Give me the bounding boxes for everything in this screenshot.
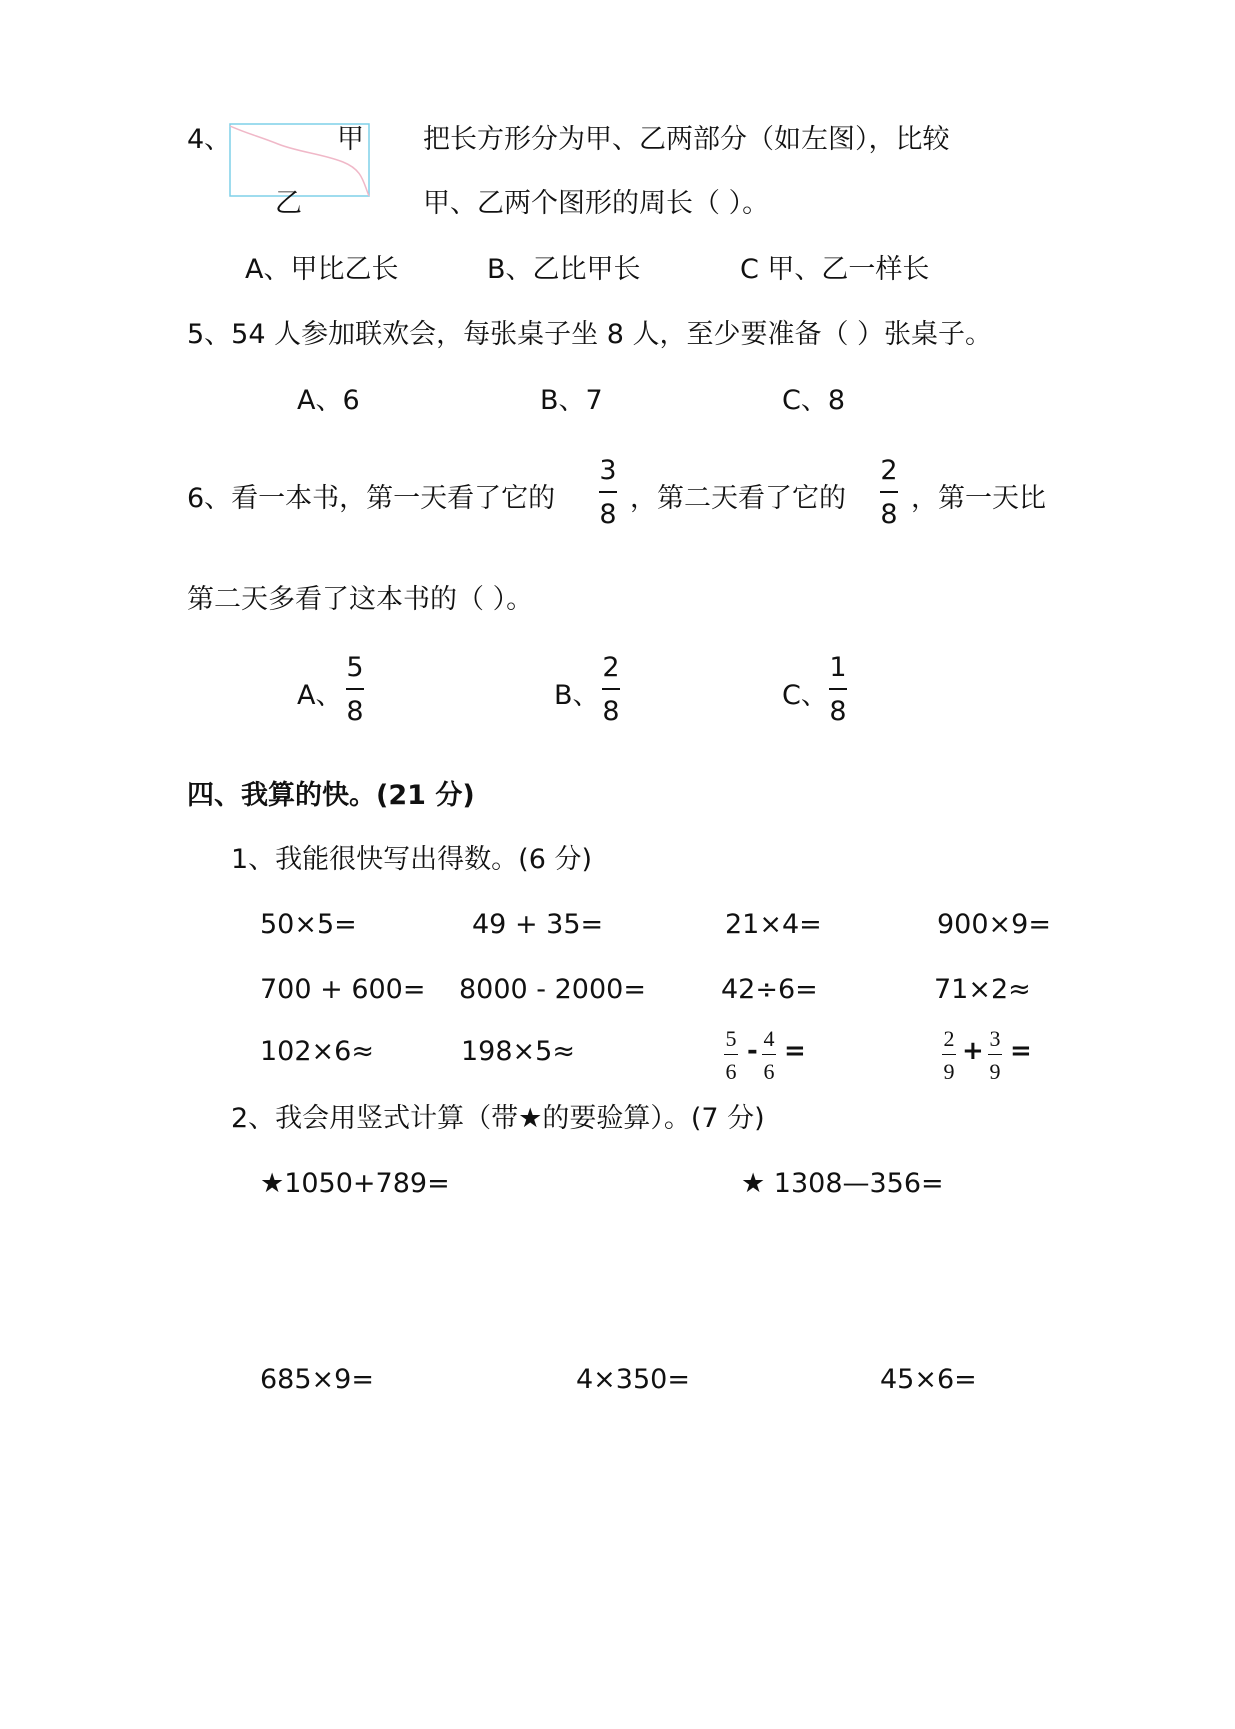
q6-option-b-fraction: 2 8 <box>602 653 620 727</box>
denominator: 9 <box>990 1060 1001 1084</box>
denominator: 6 <box>726 1060 737 1084</box>
calc-102x6: 102×6≈ <box>260 1035 374 1069</box>
q5-option-a: A、6 <box>297 384 360 418</box>
vertical-calc-45x6: 45×6= <box>880 1363 977 1397</box>
q4-text-line1: 把长方形分为甲、乙两部分（如左图），比较 <box>423 123 950 157</box>
figure-label-yi: 乙 <box>275 187 302 221</box>
numerator: 2 <box>602 653 619 683</box>
frac-4-6: 4 6 <box>762 1027 776 1084</box>
calc-50x5: 50×5= <box>260 908 357 942</box>
calc-42div6: 42÷6= <box>721 973 818 1007</box>
fraction-bar <box>346 688 364 690</box>
fraction-bar <box>829 688 847 690</box>
section4-title: 四、我算的快。(21 分) <box>187 779 475 813</box>
calc-21x4: 21×4= <box>725 908 822 942</box>
frac-5-6: 5 6 <box>724 1027 738 1084</box>
q6-text-part3: ，第一天比 <box>911 482 1046 516</box>
numerator: 5 <box>346 653 363 683</box>
numerator: 3 <box>599 456 616 486</box>
fraction-bar <box>602 688 620 690</box>
q5-option-c: C、8 <box>782 384 845 418</box>
fraction-bar <box>762 1054 776 1055</box>
q5-text: 5、54 人参加联欢会，每张桌子坐 8 人，至少要准备（ ）张桌子。 <box>187 318 992 352</box>
q6-option-c-label: C、 <box>782 679 828 713</box>
q6-option-a-label: A、 <box>297 679 342 713</box>
vertical-calc-1050+789: ★1050+789= <box>260 1167 450 1201</box>
numerator: 2 <box>944 1027 955 1051</box>
calc-49+35: 49 + 35= <box>472 908 603 942</box>
calc-900x9: 900×9= <box>937 908 1051 942</box>
numerator: 2 <box>880 456 897 486</box>
q4-option-a: A、甲比乙长 <box>245 253 398 287</box>
fraction-bar <box>942 1054 956 1055</box>
q6-fraction-2-8: 2 8 <box>880 456 898 530</box>
fraction-bar <box>724 1054 738 1055</box>
q4-option-b: B、乙比甲长 <box>487 253 641 287</box>
q6-text-part1: 6、看一本书，第一天看了它的 <box>187 482 555 516</box>
denominator: 6 <box>764 1060 775 1084</box>
calc-71x2: 71×2≈ <box>934 973 1031 1007</box>
numerator: 5 <box>726 1027 737 1051</box>
denominator: 8 <box>880 500 897 530</box>
vertical-calc-685x9: 685×9= <box>260 1363 374 1397</box>
vertical-calc-1308-356: ★ 1308—356= <box>741 1167 944 1201</box>
q6-fraction-3-8: 3 8 <box>599 456 617 530</box>
q5-option-b: B、7 <box>540 384 603 418</box>
numerator: 4 <box>764 1027 775 1051</box>
fraction-bar <box>880 491 898 493</box>
equals-sign: = <box>784 1036 806 1066</box>
q6-text-line2: 第二天多看了这本书的（ ）。 <box>187 583 533 617</box>
frac-2-9: 2 9 <box>942 1027 956 1084</box>
calc-700+600: 700 + 600= <box>260 973 425 1007</box>
q4-number: 4、 <box>187 123 231 157</box>
numerator: 3 <box>990 1027 1001 1051</box>
q6-option-b-label: B、 <box>554 679 600 713</box>
denominator: 8 <box>599 500 616 530</box>
frac-3-9: 3 9 <box>988 1027 1002 1084</box>
plus-sign: + <box>962 1036 984 1066</box>
denominator: 8 <box>602 697 619 727</box>
denominator: 9 <box>944 1060 955 1084</box>
q4-option-c: C 甲、乙一样长 <box>740 253 929 287</box>
calc-198x5: 198×5≈ <box>461 1035 575 1069</box>
calc-8000-2000: 8000 - 2000= <box>459 973 646 1007</box>
q4-text-line2: 甲、乙两个图形的周长（ ）。 <box>423 187 769 221</box>
fraction-bar <box>988 1054 1002 1055</box>
figure-label-jia: 甲 <box>337 123 364 157</box>
numerator: 1 <box>829 653 846 683</box>
q6-option-a-fraction: 5 8 <box>346 653 364 727</box>
section4-part1-title: 1、我能很快写出得数。(6 分) <box>231 843 592 877</box>
section4-part2-title: 2、我会用竖式计算（带★的要验算）。(7 分) <box>231 1102 765 1136</box>
denominator: 8 <box>829 697 846 727</box>
fraction-bar <box>599 491 617 493</box>
q6-text-part2: ，第二天看了它的 <box>630 482 846 516</box>
vertical-calc-4x350: 4×350= <box>576 1363 690 1397</box>
minus-sign: - <box>747 1036 758 1066</box>
equals-sign: = <box>1010 1036 1032 1066</box>
denominator: 8 <box>346 697 363 727</box>
q6-option-c-fraction: 1 8 <box>829 653 847 727</box>
